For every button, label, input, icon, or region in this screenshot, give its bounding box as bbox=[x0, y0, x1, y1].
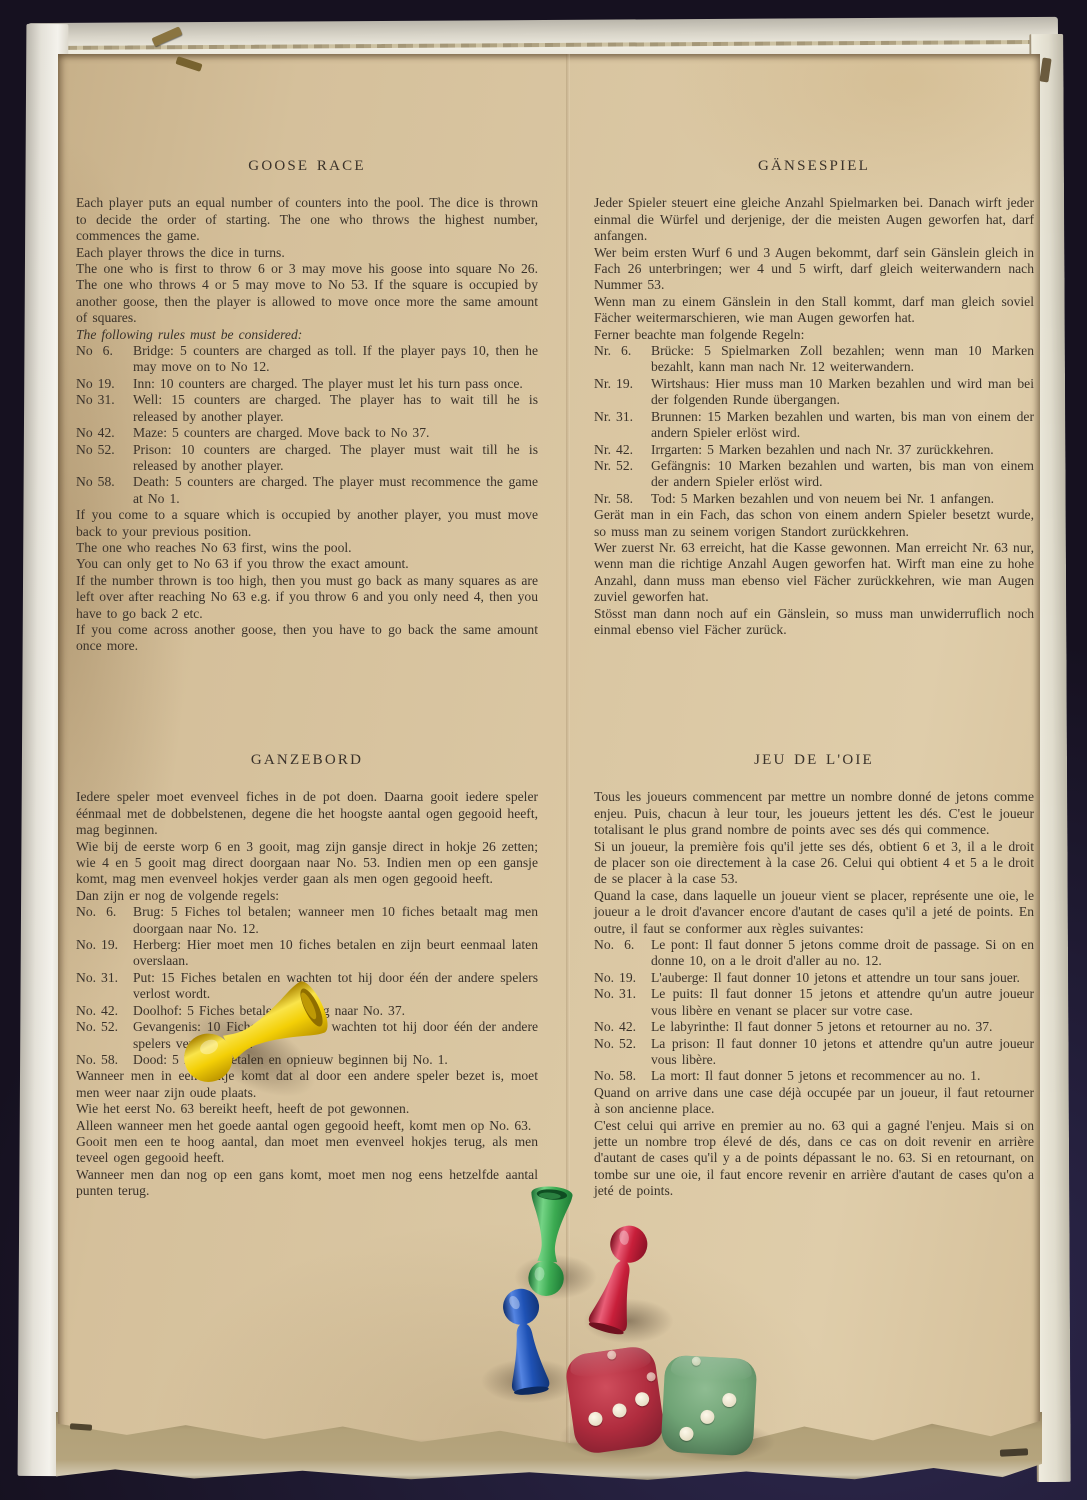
rule-number: Nr. 42. bbox=[594, 442, 651, 458]
rule-row: No 58.Death: 5 counters are charged. The… bbox=[76, 474, 538, 507]
paragraph: If the number thrown is too high, then y… bbox=[76, 573, 538, 622]
section-title-french: JEU DE L'OIE bbox=[594, 752, 1034, 768]
rule-row: Nr. 19.Wirtshaus: Hier muss man 10 Marke… bbox=[594, 376, 1034, 409]
rule-row: No 19.Inn: 10 counters are charged. The … bbox=[76, 376, 538, 392]
section-english: GOOSE RACE Each player puts an equal num… bbox=[76, 158, 538, 655]
rule-text: Well: 15 counters are charged. The playe… bbox=[133, 392, 538, 425]
paragraph: Wanneer men dan nog op een gans komt, mo… bbox=[76, 1167, 538, 1200]
rule-number: Nr. 58. bbox=[594, 491, 651, 507]
rule-row: Nr. 42.Irrgarten: 5 Marken bezahlen und … bbox=[594, 442, 1034, 458]
rule-row: Nr. 58.Tod: 5 Marken bezahlen und von ne… bbox=[594, 491, 1034, 507]
rule-number: No. 6. bbox=[76, 904, 133, 937]
rule-text: Brunnen: 15 Marken bezahlen und warten, … bbox=[651, 409, 1034, 442]
rule-text: Brug: 5 Fiches tol betalen; wanneer men … bbox=[133, 904, 538, 937]
paragraph: Each player puts an equal number of coun… bbox=[76, 195, 538, 244]
staple-bottom-right bbox=[1000, 1448, 1028, 1456]
rule-text: Le pont: Il faut donner 5 jetons comme d… bbox=[651, 937, 1034, 970]
die-pip-partial bbox=[692, 1356, 701, 1365]
paragraph: Quand la case, dans laquelle un joueur v… bbox=[594, 888, 1034, 937]
section-german: GÄNSESPIEL Jeder Spieler steuert eine gl… bbox=[594, 158, 1034, 638]
green-die bbox=[661, 1355, 758, 1457]
paragraph: Gooit men een te hoog aantal, dan moet m… bbox=[76, 1134, 538, 1167]
rule-number: Nr. 19. bbox=[594, 376, 651, 409]
rule-row: Nr. 6.Brücke: 5 Spielmarken Zoll bezahle… bbox=[594, 343, 1034, 376]
rule-number: No 19. bbox=[76, 376, 133, 392]
rule-number: Nr. 6. bbox=[594, 343, 651, 376]
rule-text: L'auberge: Il faut donner 10 jetons et a… bbox=[651, 970, 1034, 986]
rule-number: No 6. bbox=[76, 343, 133, 376]
paragraph: If you come to a square which is occupie… bbox=[76, 507, 538, 540]
die-pip-partial bbox=[606, 1350, 616, 1360]
die-pip bbox=[611, 1403, 627, 1419]
paragraph: Iedere speler moet evenveel fiches in de… bbox=[76, 789, 538, 838]
rule-row: Nr. 31.Brunnen: 15 Marken bezahlen und w… bbox=[594, 409, 1034, 442]
paragraph: Wer beim ersten Wurf 6 und 3 Augen bekom… bbox=[594, 245, 1034, 294]
paragraph: Quand on arrive dans une case déjà occup… bbox=[594, 1085, 1034, 1118]
rule-number: Nr. 31. bbox=[594, 409, 651, 442]
rule-text: La prison: Il faut donner 10 jetons et a… bbox=[651, 1036, 1034, 1069]
rule-row: No. 31.Le puits: Il faut donner 15 jeton… bbox=[594, 986, 1034, 1019]
rule-text: La mort: Il faut donner 5 jetons et reco… bbox=[651, 1068, 1034, 1084]
rule-number: No 52. bbox=[76, 442, 133, 475]
rule-number: No. 31. bbox=[76, 970, 133, 1003]
paragraph: Tous les joueurs commencent par mettre u… bbox=[594, 789, 1034, 838]
paragraph: Wer zuerst Nr. 63 erreicht, hat die Kass… bbox=[594, 540, 1034, 606]
paragraph: The following rules must be considered: bbox=[76, 327, 538, 343]
rule-text: Death: 5 counters are charged. The playe… bbox=[133, 474, 538, 507]
rule-number: No 42. bbox=[76, 425, 133, 441]
rule-number: No. 42. bbox=[76, 1003, 133, 1019]
die-pip-partial bbox=[646, 1372, 656, 1382]
rule-number: Nr. 52. bbox=[594, 458, 651, 491]
rule-number: No. 31. bbox=[594, 986, 651, 1019]
die-pip bbox=[722, 1392, 737, 1407]
rule-text: Inn: 10 counters are charged. The player… bbox=[133, 376, 538, 392]
rule-row: No. 6.Brug: 5 Fiches tol betalen; wannee… bbox=[76, 904, 538, 937]
rule-number: No 58. bbox=[76, 474, 133, 507]
rule-text: Maze: 5 counters are charged. Move back … bbox=[133, 425, 538, 441]
rule-text: Le labyrinthe: Il faut donner 5 jetons e… bbox=[651, 1019, 1034, 1035]
rule-row: No 31.Well: 15 counters are charged. The… bbox=[76, 392, 538, 425]
paragraph: Stösst man dann noch auf ein Gänslein, s… bbox=[594, 606, 1034, 639]
paragraph: Si un joueur, la première fois qu'il jet… bbox=[594, 839, 1034, 888]
rule-number: No. 58. bbox=[594, 1068, 651, 1084]
rule-number: No. 52. bbox=[76, 1019, 133, 1052]
rule-text: Wirtshaus: Hier muss man 10 Marken bezah… bbox=[651, 376, 1034, 409]
paragraph: You can only get to No 63 if you throw t… bbox=[76, 556, 538, 572]
paragraph: Jeder Spieler steuert eine gleiche Anzah… bbox=[594, 195, 1034, 244]
rule-number: No. 58. bbox=[76, 1052, 133, 1068]
rule-row: No. 58.La mort: Il faut donner 5 jetons … bbox=[594, 1068, 1034, 1084]
rule-text: Irrgarten: 5 Marken bezahlen und nach Nr… bbox=[651, 442, 1034, 458]
rule-row: No. 6.Le pont: Il faut donner 5 jetons c… bbox=[594, 937, 1034, 970]
paragraph: The one who reaches No 63 first, wins th… bbox=[76, 540, 538, 556]
rule-text: Le puits: Il faut donner 15 jetons et at… bbox=[651, 986, 1034, 1019]
rule-number: No. 19. bbox=[76, 937, 133, 970]
rule-number: No. 19. bbox=[594, 970, 651, 986]
paragraph: Wie bij de eerste worp 6 en 3 gooit, mag… bbox=[76, 839, 538, 888]
rule-text: Bridge: 5 counters are charged as toll. … bbox=[133, 343, 538, 376]
rule-number: No. 52. bbox=[594, 1036, 651, 1069]
red-die bbox=[563, 1344, 666, 1456]
die-pip bbox=[700, 1410, 715, 1425]
paragraph: Dan zijn er nog de volgende regels: bbox=[76, 888, 538, 904]
rule-row: No. 19.L'auberge: Il faut donner 10 jeto… bbox=[594, 970, 1034, 986]
die-pip bbox=[588, 1411, 604, 1427]
rule-row: No. 42.Le labyrinthe: Il faut donner 5 j… bbox=[594, 1019, 1034, 1035]
box-rim-glue-line bbox=[49, 40, 1048, 50]
paragraph: The one who is first to throw 6 or 3 may… bbox=[76, 261, 538, 327]
paragraph: Gerät man in ein Fach, das schon von ein… bbox=[594, 507, 1034, 540]
paragraph: Wenn man zu einem Gänslein in den Stall … bbox=[594, 294, 1034, 327]
rule-row: No. 52.La prison: Il faut donner 10 jeto… bbox=[594, 1036, 1034, 1069]
die-pip bbox=[634, 1391, 650, 1407]
section-title-dutch: GANZEBORD bbox=[76, 752, 538, 768]
section-title-english: GOOSE RACE bbox=[76, 158, 538, 174]
die-pip bbox=[679, 1426, 694, 1441]
rule-text: Herberg: Hier moet men 10 fiches betalen… bbox=[133, 937, 538, 970]
rule-number: No. 6. bbox=[594, 937, 651, 970]
rule-number: No 31. bbox=[76, 392, 133, 425]
paragraph: Each player throws the dice in turns. bbox=[76, 245, 538, 261]
rule-number: No. 42. bbox=[594, 1019, 651, 1035]
paragraph: If you come across another goose, then y… bbox=[76, 622, 538, 655]
paragraph: C'est celui qui arrive en premier au no.… bbox=[594, 1118, 1034, 1200]
rule-text: Brücke: 5 Spielmarken Zoll bezahlen; wen… bbox=[651, 343, 1034, 376]
rule-text: Tod: 5 Marken bezahlen und von neuem bei… bbox=[651, 491, 1034, 507]
rule-text: Prison: 10 counters are charged. The pla… bbox=[133, 442, 538, 475]
section-french: JEU DE L'OIE Tous les joueurs commencent… bbox=[594, 752, 1034, 1200]
rule-row: No 52.Prison: 10 counters are charged. T… bbox=[76, 442, 538, 475]
rule-row: Nr. 52.Gefängnis: 10 Marken bezahlen und… bbox=[594, 458, 1034, 491]
rule-row: No 42.Maze: 5 counters are charged. Move… bbox=[76, 425, 538, 441]
rule-row: No 6.Bridge: 5 counters are charged as t… bbox=[76, 343, 538, 376]
rule-text: Gefängnis: 10 Marken bezahlen und warten… bbox=[651, 458, 1034, 491]
paragraph: Ferner beachte man folgende Regeln: bbox=[594, 327, 1034, 343]
photo-scene: GOOSE RACE Each player puts an equal num… bbox=[0, 0, 1087, 1500]
section-title-german: GÄNSESPIEL bbox=[594, 158, 1034, 174]
